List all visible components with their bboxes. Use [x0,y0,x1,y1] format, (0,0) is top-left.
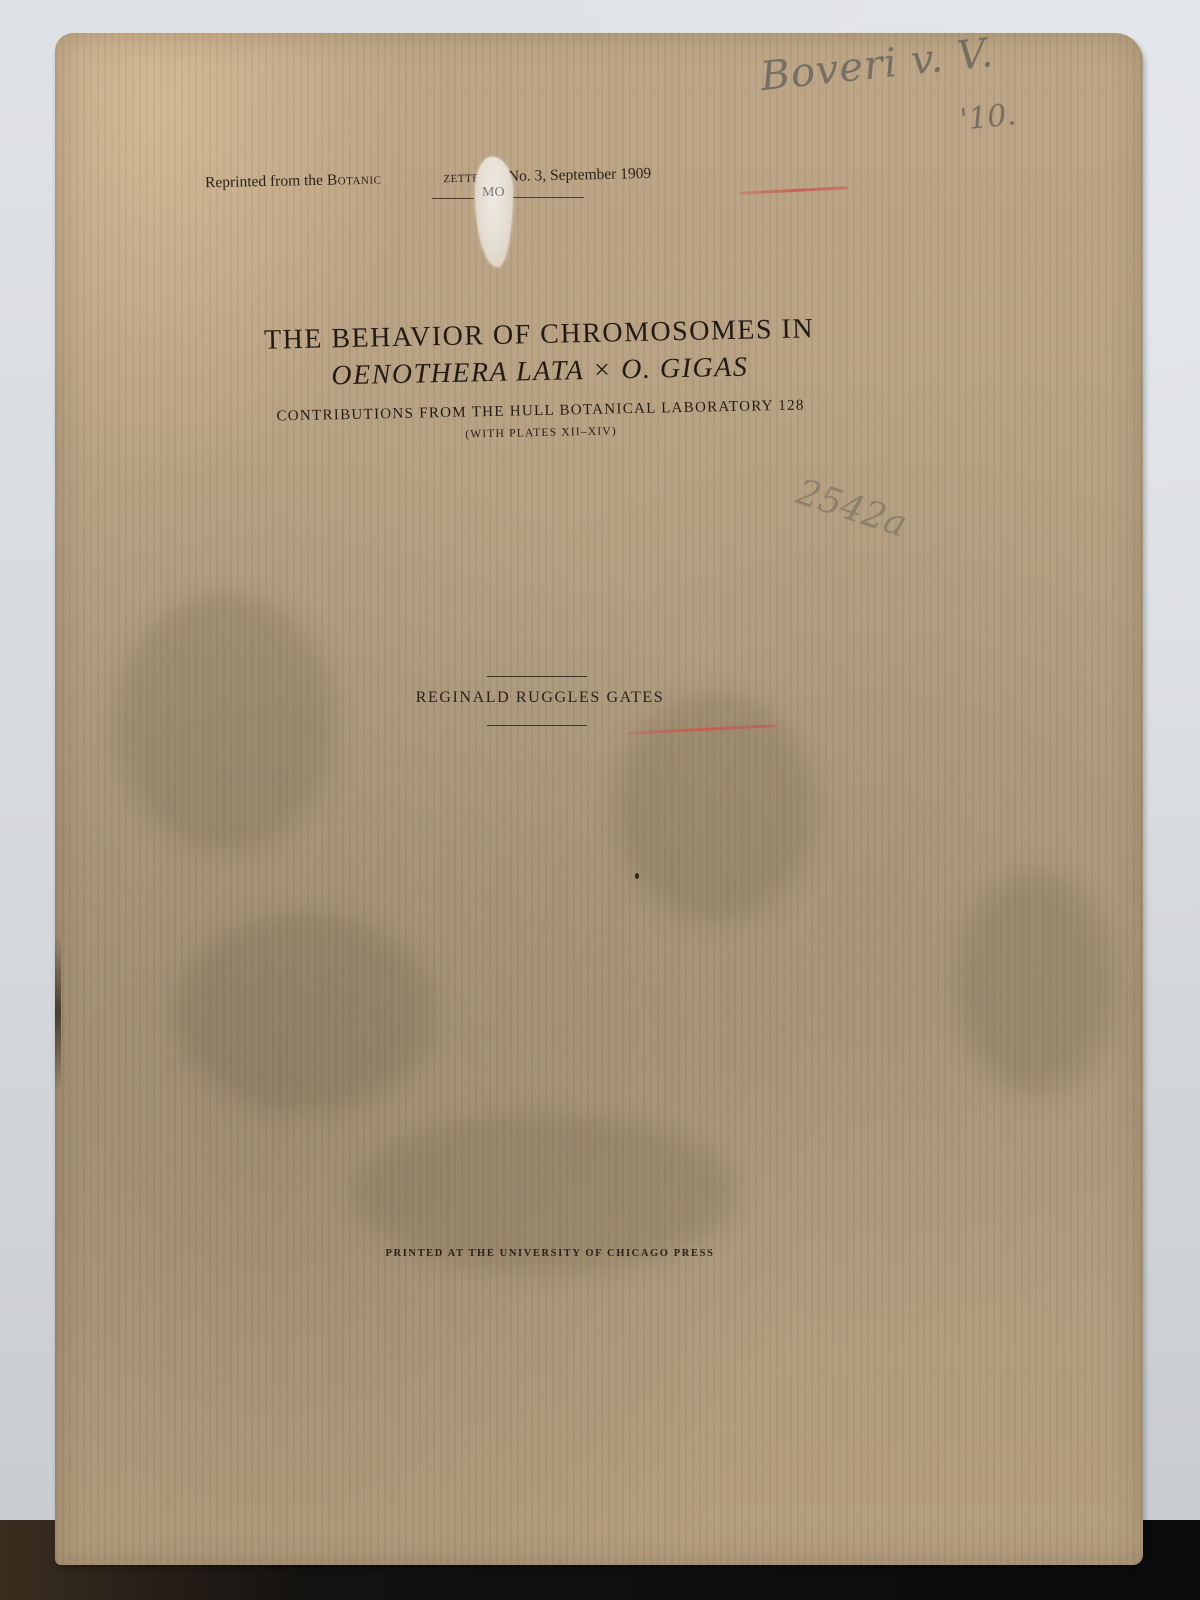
page-edge-stain [55,933,61,1093]
water-stain [115,593,335,853]
pamphlet-cover [55,33,1143,1565]
torn-label-text: MO [482,185,505,201]
reprint-rule-right [512,197,584,198]
reprint-prefix: Reprinted from the [205,172,327,192]
issue-date: No. 3, September 1909 [504,165,652,185]
torn-gap [381,182,443,183]
journal-name-left: Botanic [327,171,382,189]
water-stain [175,913,435,1113]
reprint-rule-left [432,198,474,199]
printer-imprint: PRINTED AT THE UNIVERSITY OF CHICAGO PRE… [340,1248,760,1259]
handwritten-year: '10. [958,97,1017,138]
ink-speck [635,873,639,879]
journal-name-right: zette [443,169,479,187]
author-rule-top [487,676,587,677]
title-block: THE BEHAVIOR OF CHROMOSOMES IN OENOTHERA… [149,310,931,452]
water-stain [955,873,1115,1093]
author-name: REGINALD RUGGLES GATES [360,689,720,707]
author-rule-bottom [487,725,587,726]
